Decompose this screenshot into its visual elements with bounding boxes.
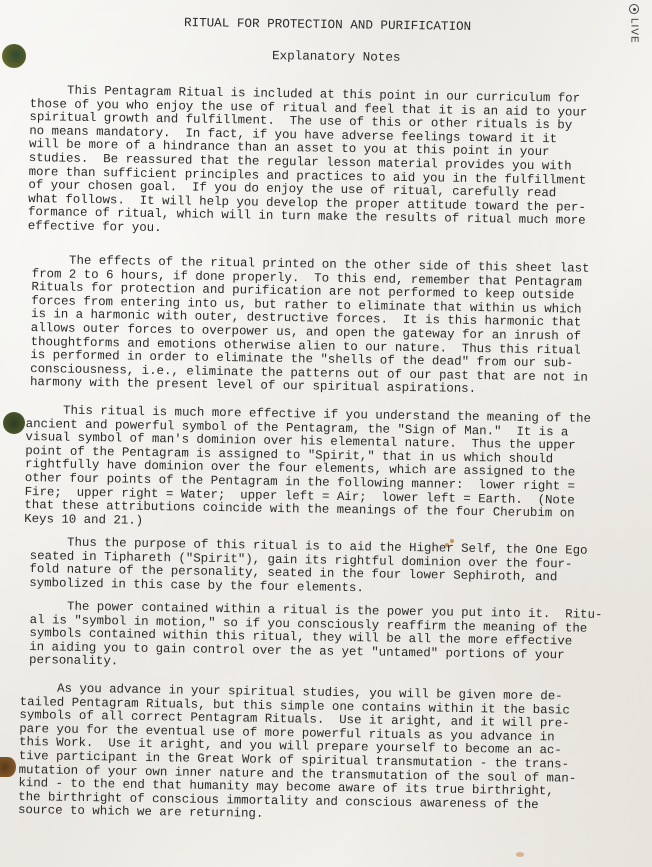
paragraph: Thus the purpose of this ritual is to ai…: [29, 536, 640, 600]
paragraph: This ritual is much more effective if yo…: [24, 404, 636, 536]
live-label: LIVE: [629, 18, 640, 44]
record-icon: [629, 4, 639, 14]
punch-hole: [0, 757, 16, 777]
paragraph: This Pentagram Ritual is included at thi…: [28, 84, 640, 243]
paragraph: The power contained within a ritual is t…: [29, 600, 640, 678]
paragraph: As you advance in your spiritual studies…: [18, 682, 630, 828]
document-title: RITUAL FOR PROTECTION AND PURIFICATION: [184, 16, 524, 35]
live-badge[interactable]: LIVE: [626, 4, 642, 44]
punch-hole: [3, 412, 25, 434]
document-subtitle: Explanatory Notes: [272, 49, 401, 65]
punch-hole: [2, 44, 26, 68]
paragraph: The effects of the ritual printed on the…: [30, 254, 642, 400]
stain-mark: [516, 852, 524, 857]
document-page: LIVE RITUAL FOR PROTECTION AND PURIFICAT…: [0, 0, 652, 867]
